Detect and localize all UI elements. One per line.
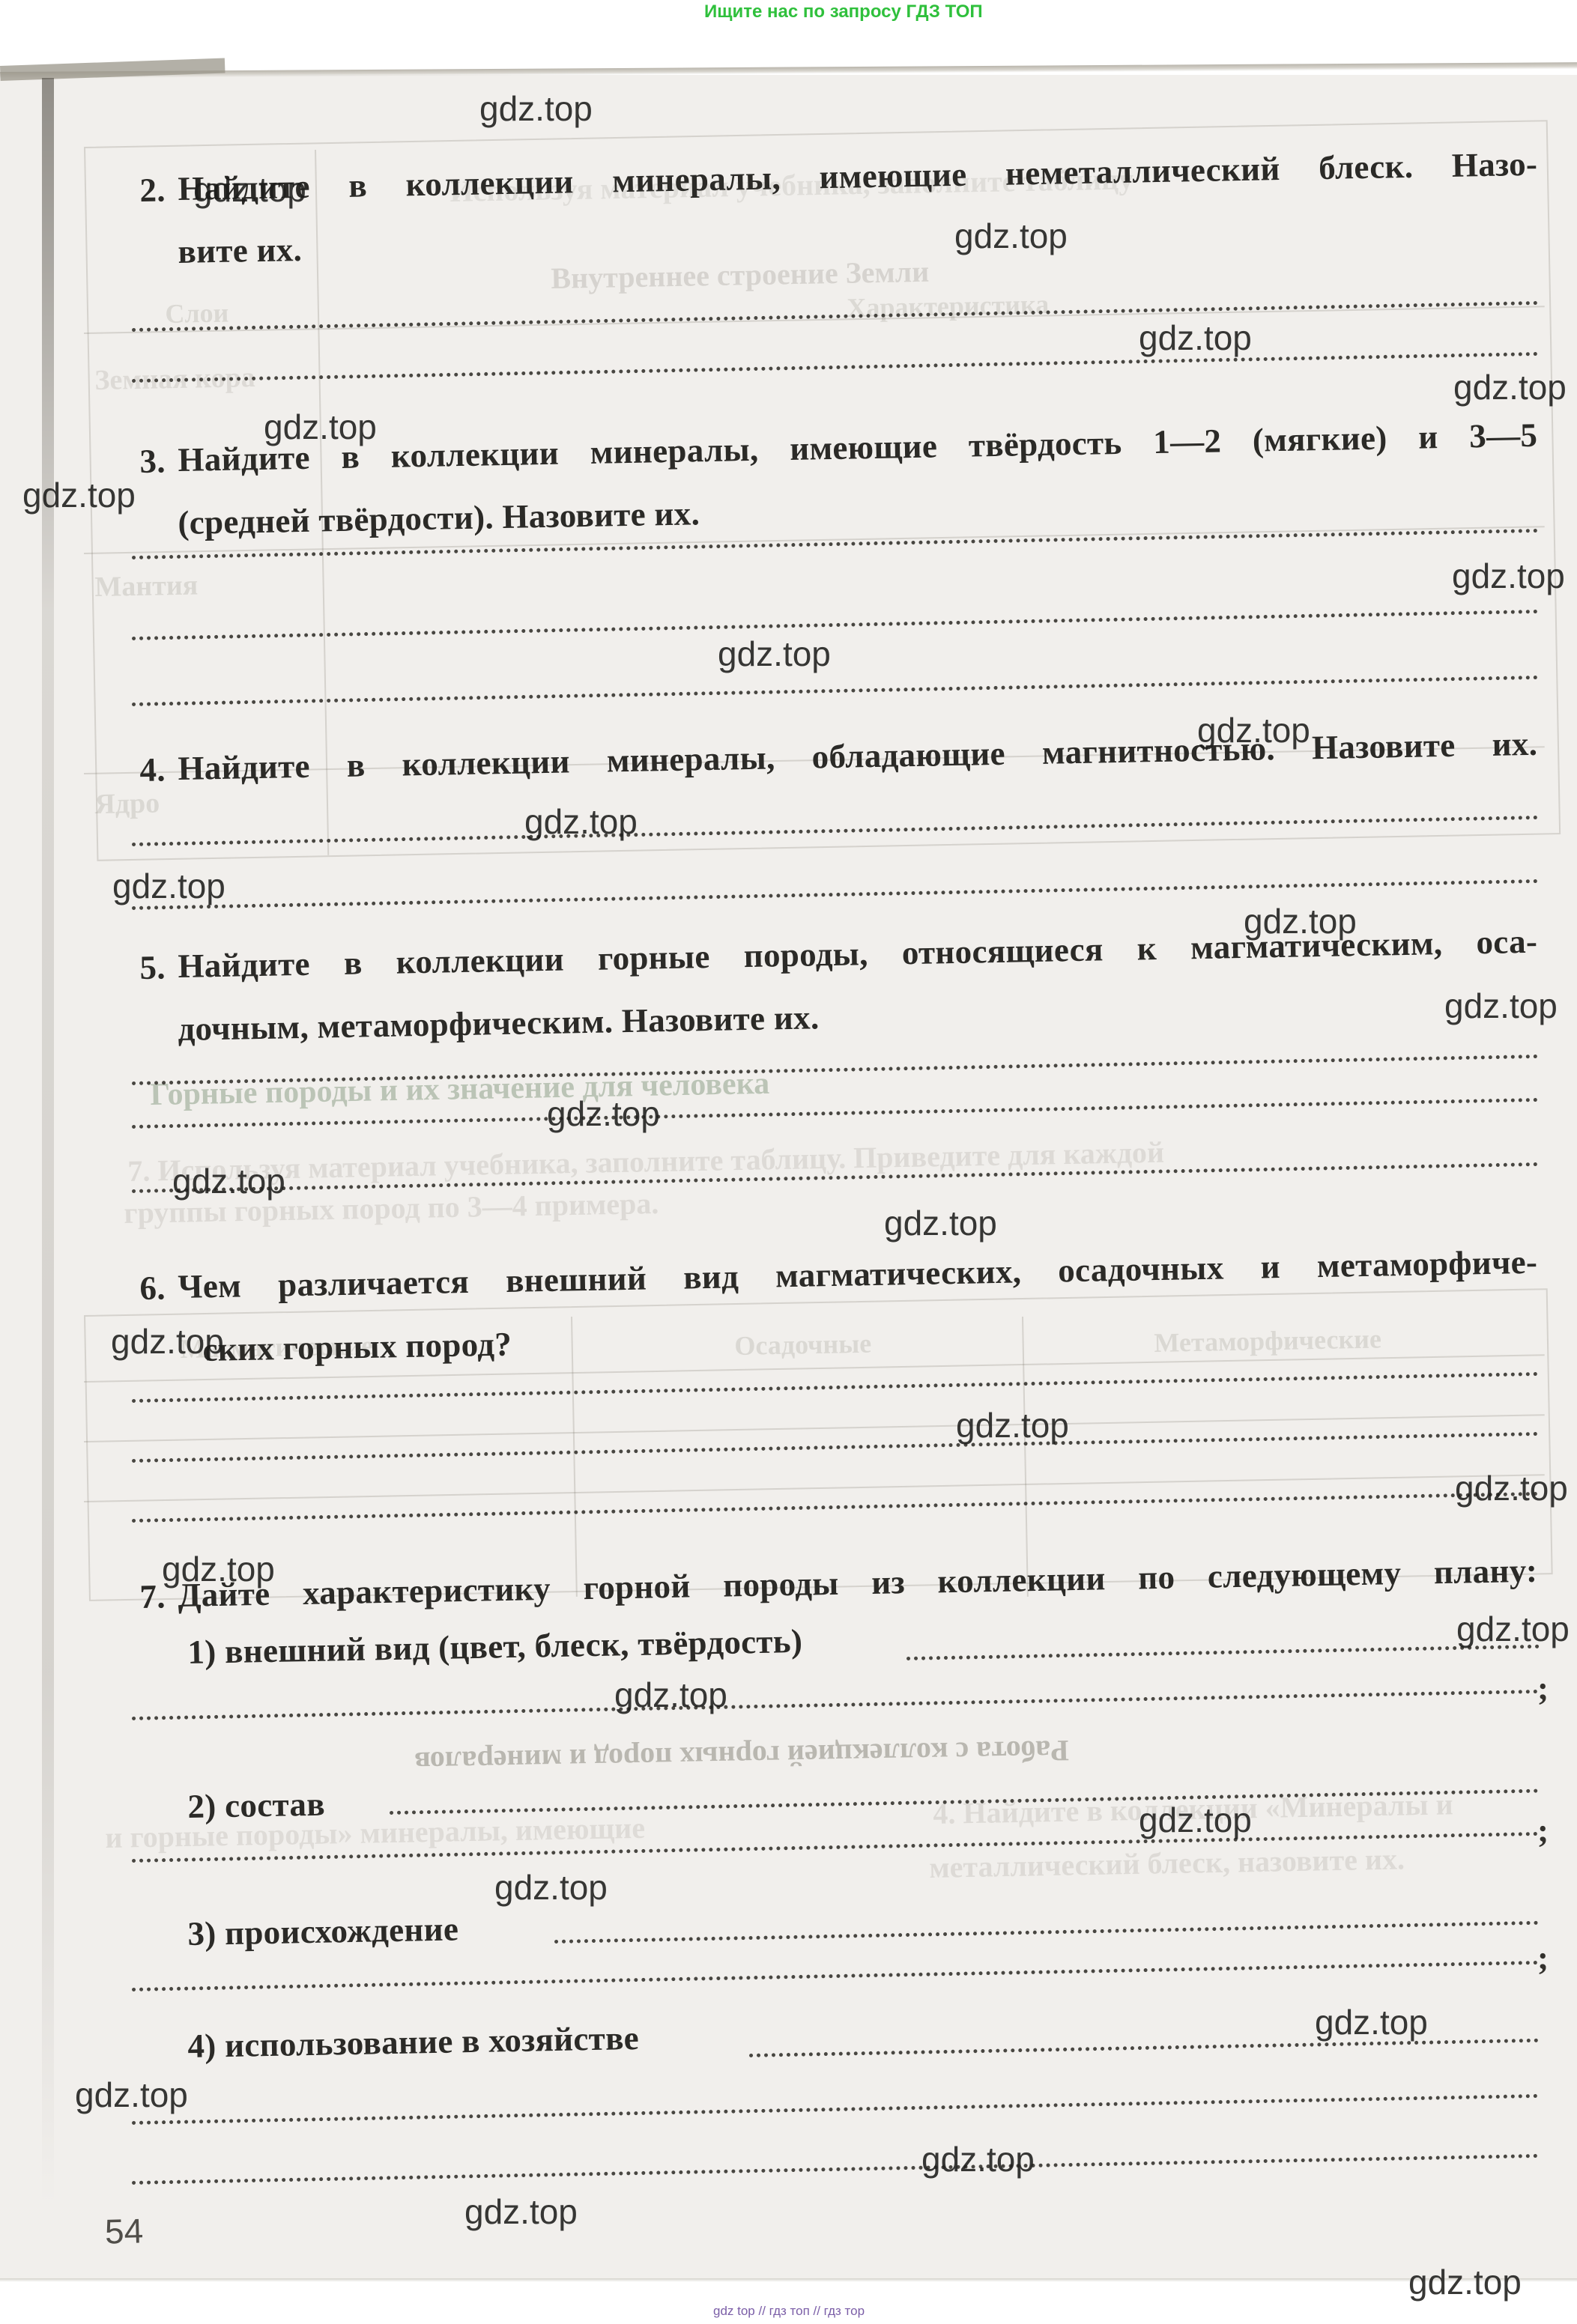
gdz-watermark: gdz.top <box>75 2075 188 2115</box>
line-end-semicolon: ; <box>1537 1669 1549 1708</box>
question-5-number: 5. <box>139 947 166 987</box>
gdz-watermark: gdz.top <box>524 801 638 842</box>
gdz-watermark: gdz.top <box>1408 2262 1522 2302</box>
gdz-watermark: gdz.top <box>884 1203 997 1243</box>
line-end-semicolon: ; <box>1537 1938 1549 1977</box>
gdz-watermark: gdz.top <box>1139 1800 1252 1840</box>
ghost-table2-col2: Осадочные <box>734 1328 872 1362</box>
gdz-watermark: gdz.top <box>494 1867 608 1908</box>
gdz-watermark: gdz.top <box>956 1405 1069 1445</box>
ghost-table1-row3: Ядро <box>94 786 160 821</box>
page-bottom-edge <box>0 2278 1577 2282</box>
gdz-watermark: gdz.top <box>111 1321 224 1362</box>
gdz-watermark: gdz.top <box>464 2191 578 2232</box>
gdz-watermark: gdz.top <box>718 634 831 674</box>
question-3-number: 3. <box>139 441 166 481</box>
gdz-watermark: gdz.top <box>1315 2002 1428 2042</box>
page-left-edge-shadow <box>42 78 54 2205</box>
gdz-watermark: gdz.top <box>1244 901 1357 941</box>
gdz-watermark: gdz.top <box>22 475 136 515</box>
gdz-watermark: gdz.top <box>264 407 377 447</box>
question-2-line-2: вите их. <box>178 230 303 271</box>
ghost-table2-col3: Метаморфические <box>1154 1323 1381 1359</box>
gdz-watermark: gdz.top <box>112 866 225 906</box>
gdz-watermark: gdz.top <box>921 2139 1035 2179</box>
gdz-watermark: gdz.top <box>1444 986 1558 1026</box>
promo-footer-text: gdz top // гдз топ // гдз тор <box>713 2304 865 2319</box>
question-7-item-2: 2) состав <box>187 1785 325 1826</box>
gdz-watermark: gdz.top <box>1453 367 1567 407</box>
gdz-watermark: gdz.top <box>547 1093 660 1134</box>
ghost-table1-col2: Характеристика <box>847 288 1050 324</box>
ghost-table1-row2: Мантия <box>94 568 199 604</box>
ghost-table1-col1: Слои <box>165 297 229 330</box>
question-2-number: 2. <box>139 170 166 210</box>
gdz-watermark: gdz.top <box>614 1675 727 1715</box>
gdz-watermark: gdz.top <box>1455 1468 1568 1508</box>
promo-header-text: Ищите нас по запросу ГДЗ ТОП <box>704 1 983 22</box>
scanned-workbook-page: Ищите нас по запросу ГДЗ ТОП Используя м… <box>0 0 1577 2324</box>
gdz-watermark: gdz.top <box>954 216 1068 256</box>
question-6-number: 6. <box>139 1268 166 1308</box>
gdz-watermark: gdz.top <box>1456 1609 1570 1649</box>
question-7-item-4: 4) использование в хозяйстве <box>187 2018 639 2066</box>
gdz-watermark: gdz.top <box>193 169 306 210</box>
gdz-watermark: gdz.top <box>479 88 593 129</box>
page-number: 54 <box>104 2210 144 2251</box>
gdz-watermark: gdz.top <box>172 1161 285 1201</box>
line-end-semicolon: ; <box>1537 1811 1549 1850</box>
question-4-number: 4. <box>139 750 166 789</box>
question-6-line-2: ских горных пород? <box>202 1324 512 1369</box>
gdz-watermark: gdz.top <box>162 1549 275 1589</box>
gdz-watermark: gdz.top <box>1452 556 1565 596</box>
gdz-watermark: gdz.top <box>1139 318 1252 358</box>
question-7-item-3: 3) происхождение <box>187 1909 459 1953</box>
gdz-watermark: gdz.top <box>1197 710 1310 750</box>
